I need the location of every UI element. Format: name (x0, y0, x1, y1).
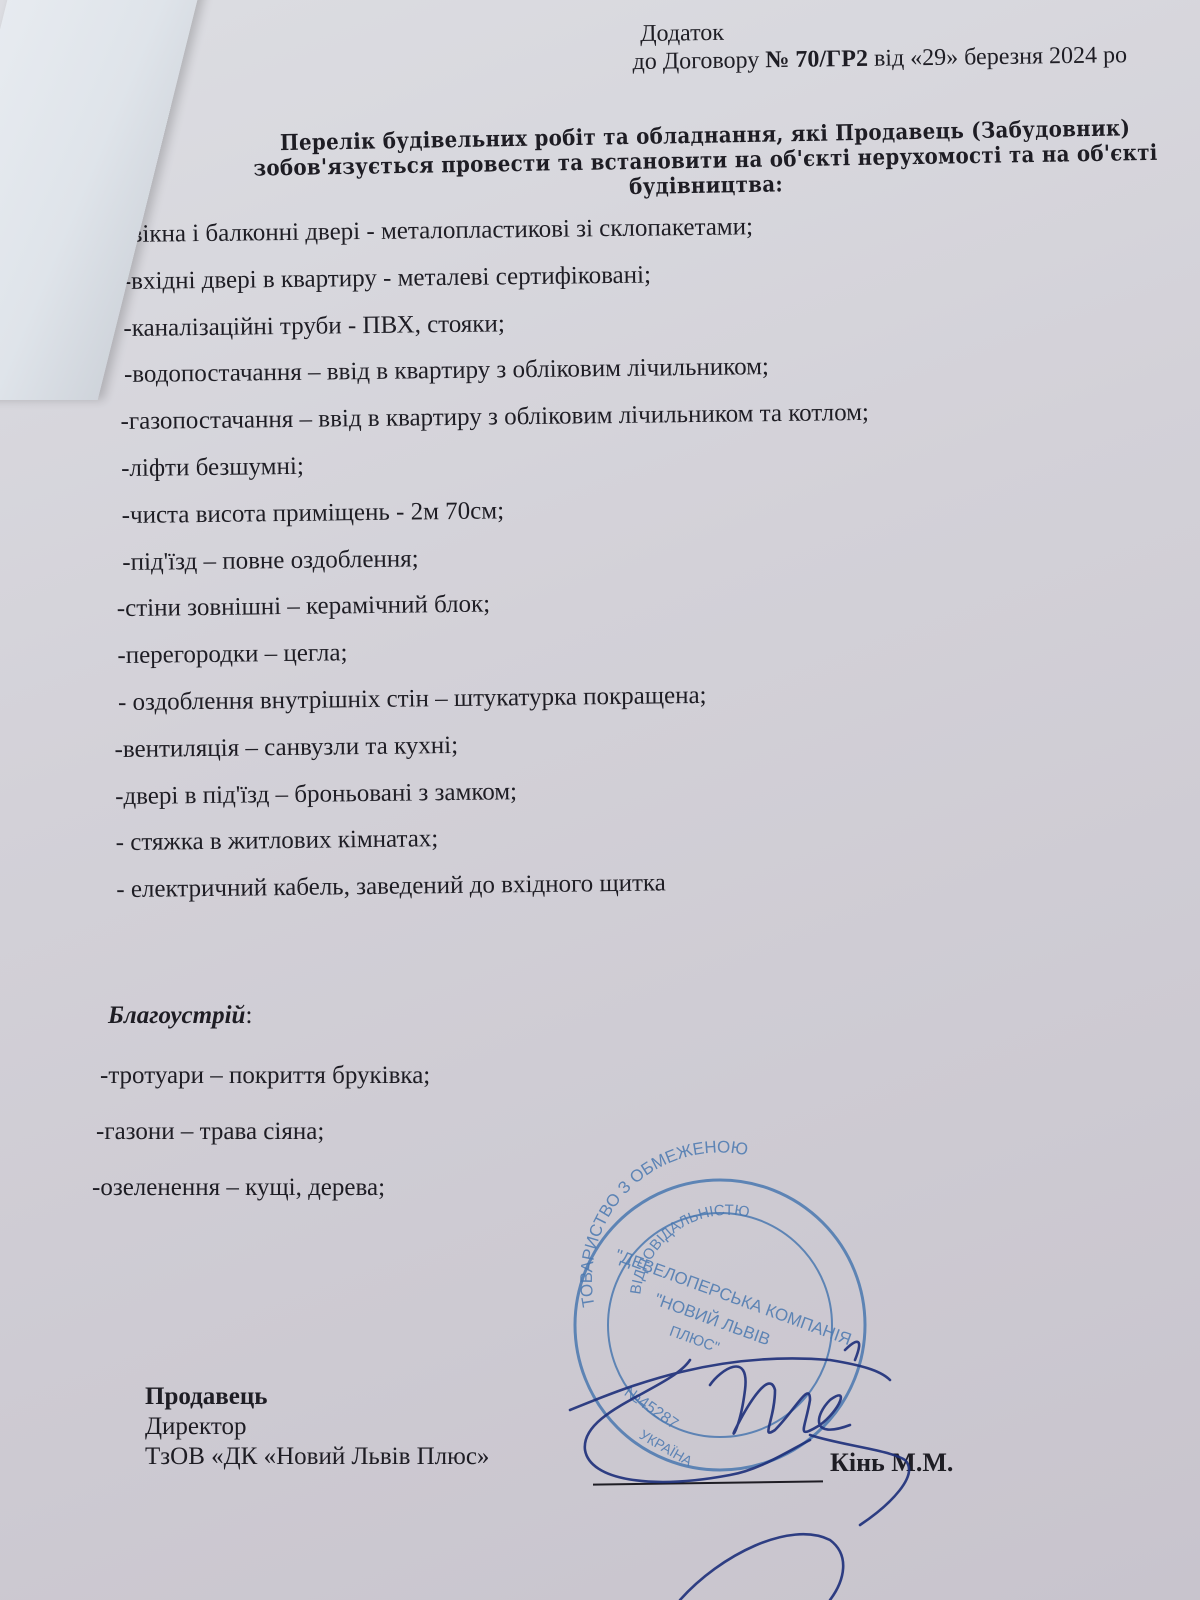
addendum-page: Додаток до Договору № 70/ГР2 від «29» бе… (0, 0, 1200, 1600)
contract-prefix: до Договору (632, 47, 765, 75)
landscaping-title: Благоустрій: (108, 1002, 252, 1030)
contract-date: від «29» березня 2024 ро (868, 42, 1127, 72)
seller-company: ТзОВ «ДК «Новий Львів Плюс» (145, 1442, 489, 1472)
works-item: -газопостачання – ввід в квартиру з облі… (120, 390, 869, 446)
works-item: - електричний кабель, заведений до вхідн… (116, 858, 875, 914)
svg-text:№45287: №45287 (621, 1384, 681, 1433)
landscaping-item: -озеленення – кущі, дерева; (92, 1160, 430, 1216)
seller-position: Директор (145, 1412, 489, 1442)
landscaping-item: -тротуари – покриття бруківка; (100, 1048, 430, 1104)
svg-text:УКРАЇНА: УКРАЇНА (637, 1426, 696, 1469)
contract-number: № 70/ГР2 (765, 46, 868, 73)
landscaping-title-text: Благоустрій (108, 1002, 245, 1029)
svg-text:"ДЕВЕЛОПЕРСЬКА КОМПАНІЯ: "ДЕВЕЛОПЕРСЬКА КОМПАНІЯ (613, 1246, 854, 1349)
works-list: -вікна і балконні двері - металопластико… (122, 203, 875, 914)
signer-name: Кінь М.М. (830, 1448, 953, 1478)
seller-block: Продавець Директор ТзОВ «ДК «Новий Львів… (145, 1382, 489, 1472)
svg-text:ПЛЮС": ПЛЮС" (667, 1323, 721, 1357)
svg-text:"НОВИЙ ЛЬВІВ: "НОВИЙ ЛЬВІВ (652, 1290, 773, 1349)
landscaping-item: -газони – трава сіяна; (96, 1104, 430, 1160)
document-heading: Перелік будівельних робіт та обладнання,… (230, 115, 1181, 207)
signature-line (593, 1480, 823, 1485)
landscaping-title-colon: : (245, 1002, 252, 1029)
landscaping-list: -тротуари – покриття бруківка; -газони –… (100, 1048, 430, 1216)
svg-text:ВІДПОВІДАЛЬНІСТЮ: ВІДПОВІДАЛЬНІСТЮ (627, 1202, 750, 1296)
company-stamp: ТОВАРИСТВО З ОБМЕЖЕНОЮ ВІДПОВІДАЛЬНІСТЮ … (560, 1150, 880, 1480)
seller-role-title: Продавець (145, 1382, 489, 1412)
document-photo: Додаток до Договору № 70/ГР2 від «29» бе… (0, 0, 1200, 1600)
svg-text:ТОВАРИСТВО З ОБМЕЖЕНОЮ: ТОВАРИСТВО З ОБМЕЖЕНОЮ (577, 1137, 749, 1308)
addendum-header: Додаток до Договору № 70/ГР2 від «29» бе… (640, 13, 1127, 76)
contract-reference: до Договору № 70/ГР2 від «29» березня 20… (632, 41, 1127, 76)
